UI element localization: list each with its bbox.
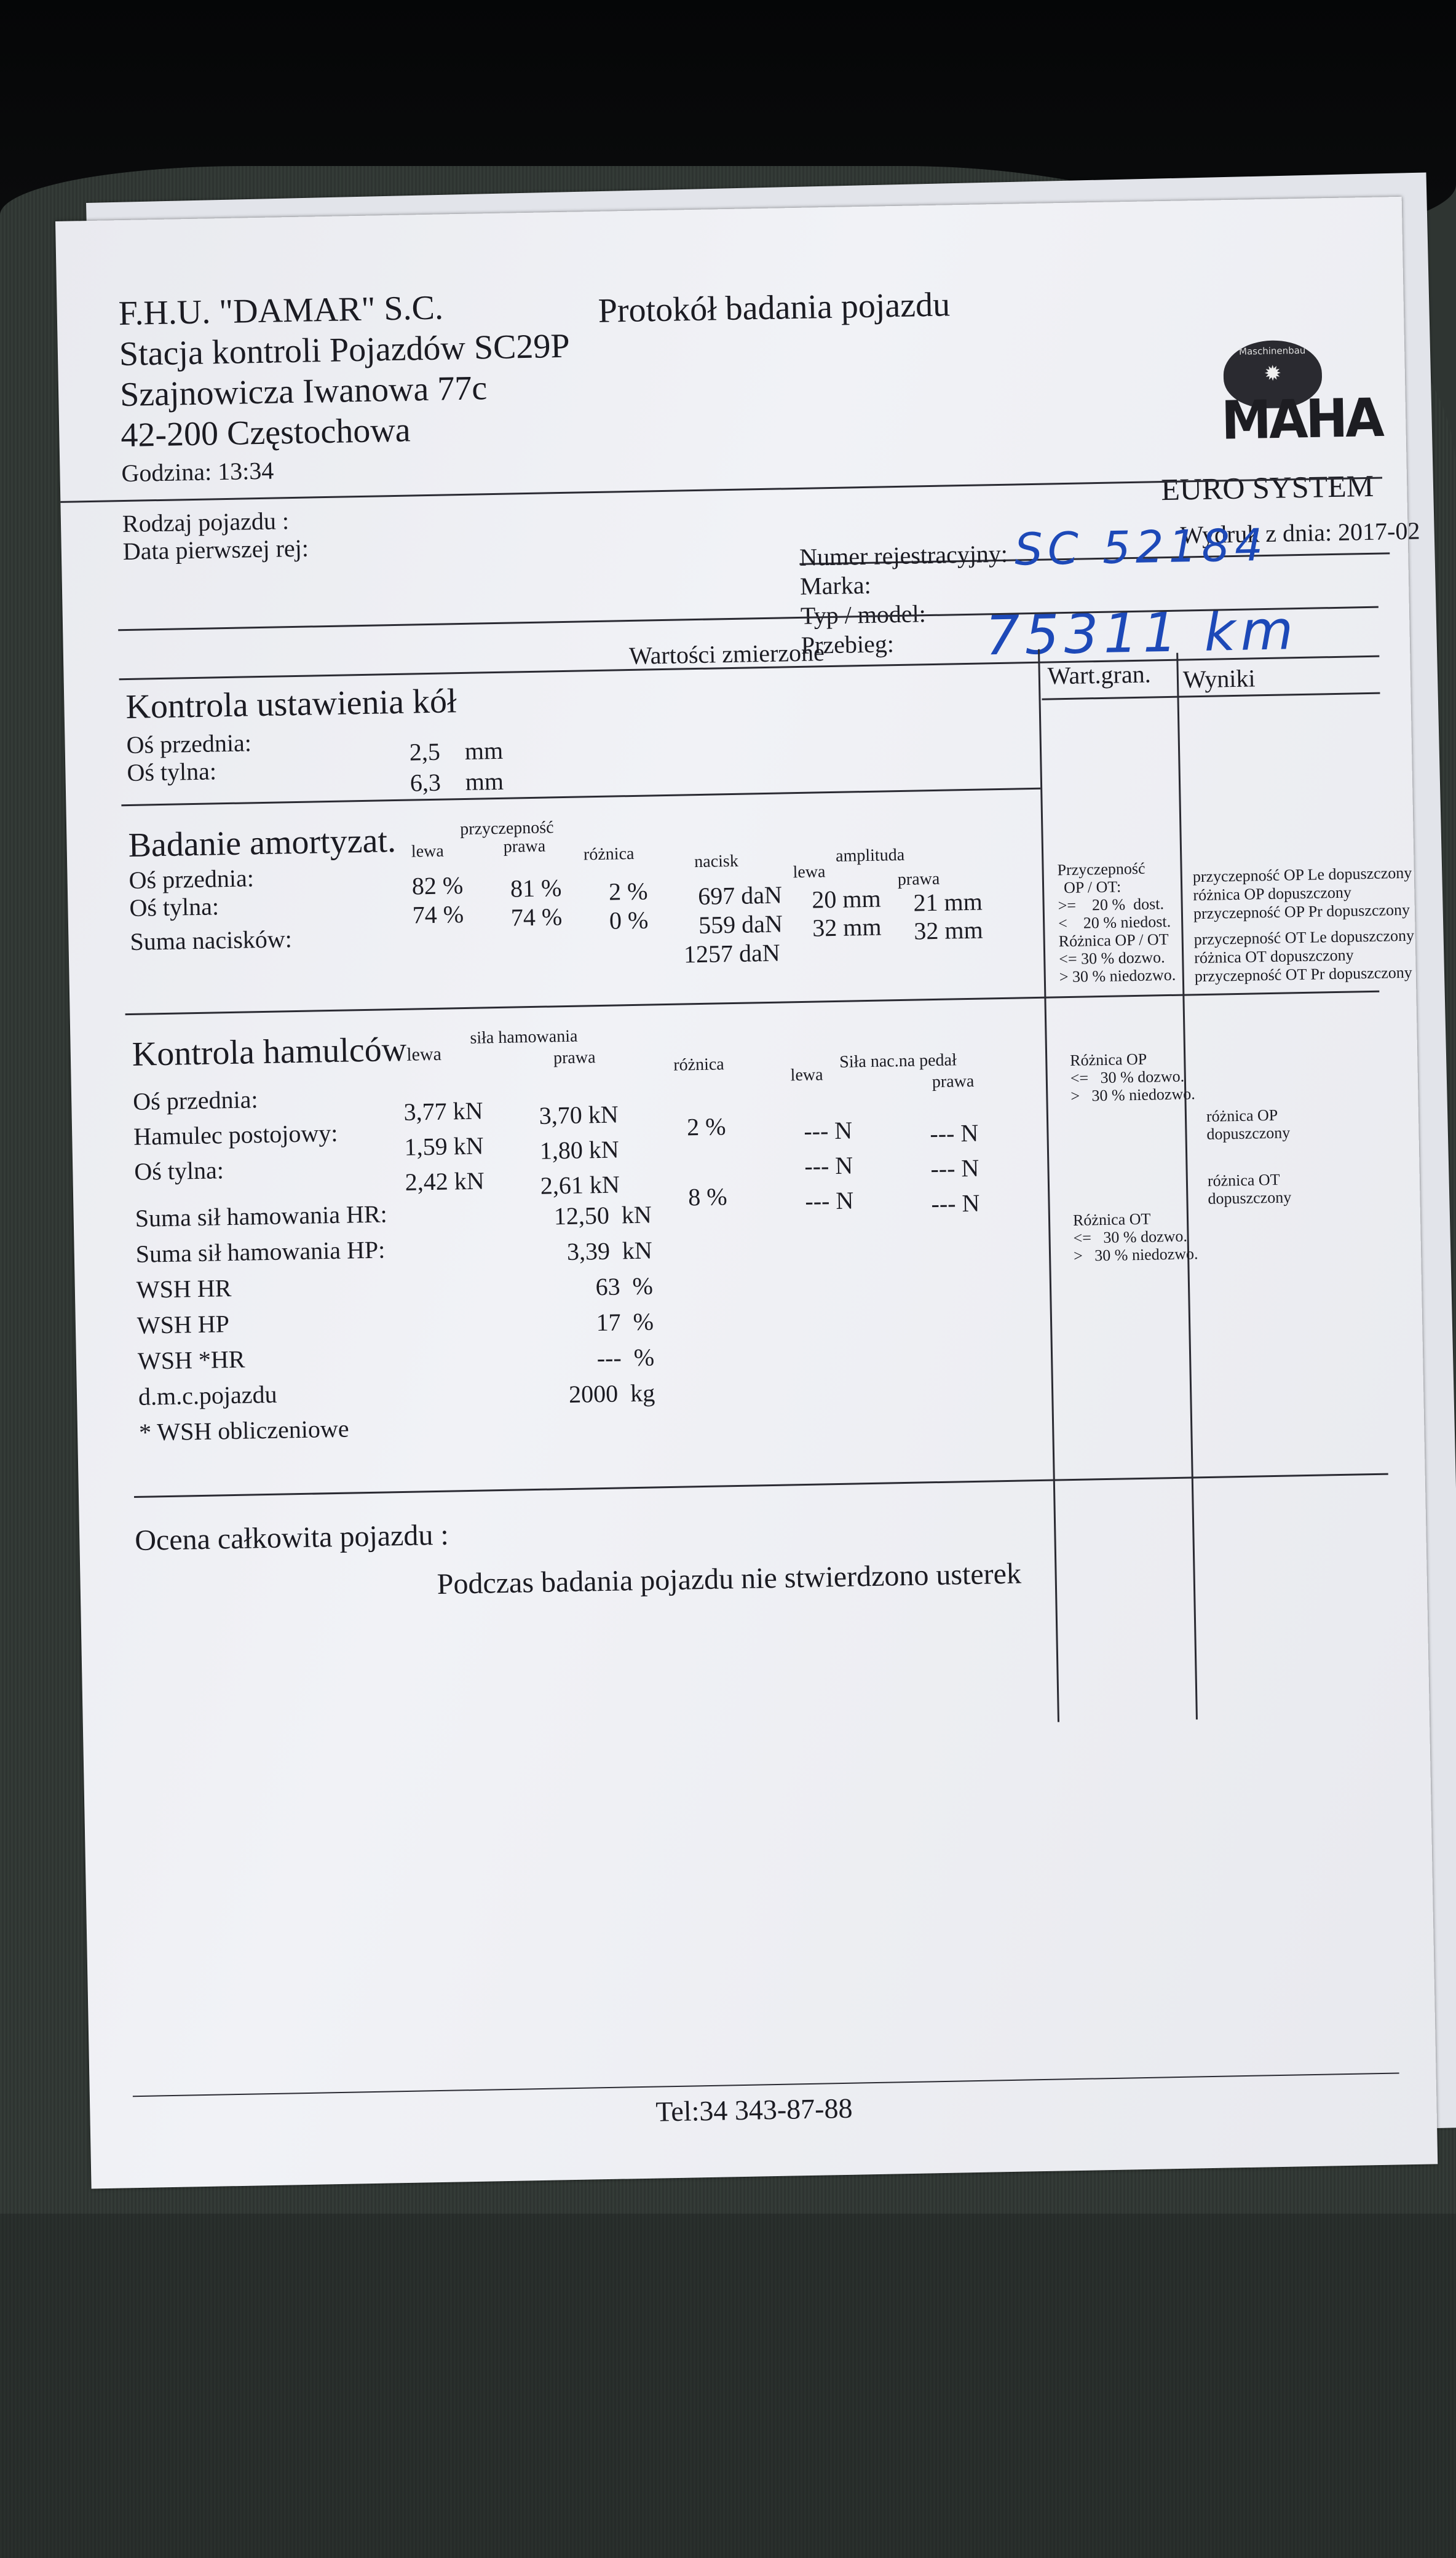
summary-value: 2000 kg [520,1375,655,1413]
summary-label: WSH HP [136,1303,389,1344]
summary-value: 3,39 kN [516,1232,652,1270]
result-line: dopuszczony [1208,1188,1291,1207]
brake-front-pedal-right: --- N [930,1119,979,1148]
gear-icon: ✹ [1224,360,1323,387]
limit-line: > 30 % niedozwo. [1059,966,1176,986]
shock-amplitude-header: amplituda [836,845,905,866]
vehicle-type-label: Rodzaj pojazdu : [122,506,290,538]
summary-label: d.m.c.pojazdu [138,1374,391,1415]
brake-parking-pedal-right: --- N [930,1154,979,1183]
brake-left-header: lewa [406,1044,441,1065]
brake-front-label: Oś przednia: [133,1085,258,1116]
reg-number-handwritten: SC 52184 [1014,519,1268,576]
summary-label: Suma sił hamowania HP: [135,1232,388,1272]
brake-results-ot: różnica OT dopuszczony [1208,1170,1292,1207]
shock-front-left: 82 % [411,871,463,901]
maha-logo: Maschinenbau ✹ MAHA [1214,339,1351,470]
result-line: różnica OT [1208,1170,1291,1189]
shock-rear-amp-left: 32 mm [812,913,882,943]
limit-line: > 30 % niedozwo. [1070,1085,1195,1105]
logo-brand: MAHA [1221,387,1382,452]
limit-line: Przyczepność [1057,859,1174,879]
shock-sum-label: Suma nacisków: [130,924,292,956]
summary-label: WSH *HR [137,1339,390,1379]
brake-results-op: różnica OP dopuszczony [1206,1106,1291,1142]
overall-assessment-result: Podczas badania pojazdu nie stwierdzono … [437,1557,1021,1601]
brake-front-pedal-left: --- N [804,1116,853,1146]
company-name: F.H.U. "DAMAR" S.C. [118,288,443,333]
limit-line: Różnica OP [1070,1049,1195,1069]
shock-amp-left-header: lewa [793,862,825,882]
fabric-background-lower [0,2214,1456,2558]
unit: mm [464,737,503,765]
shock-rear-label: Oś tylna: [129,892,219,922]
shock-front-amp-right: 21 mm [913,887,983,917]
company-street: Szajnowicza Iwanowa 77c [120,368,488,414]
shock-rear-diff: 0 % [609,906,649,935]
shock-right-header: prawa [503,837,545,857]
divider [125,991,1380,1015]
shock-amp-right-header: prawa [898,869,940,890]
limit-line: Różnica OP / OT [1058,930,1175,950]
brake-limits-op: Różnica OP <= 30 % dozwo. > 30 % niedozw… [1070,1049,1195,1105]
divider [134,1473,1388,1498]
results-header: Wyniki [1183,663,1256,694]
make-label: Marka: [800,571,871,601]
shock-rear-load: 559 daN [698,909,783,940]
company-city: 42-200 Częstochowa [121,410,411,455]
brake-rear-right: 2,61 kN [540,1170,620,1200]
brake-front-diff: 2 % [687,1112,726,1141]
result-line: dopuszczony [1206,1123,1290,1142]
brake-pedal-left-header: lewa [790,1065,823,1085]
value: 2,5 [410,738,441,766]
shock-front-right: 81 % [510,873,562,903]
logo-badge-top: Maschinenbau [1223,339,1321,357]
wheel-rear-label: Oś tylna: [127,756,216,787]
page-title: Protokół badania pojazdu [598,285,950,330]
overall-assessment-label: Ocena całkowita pojazdu : [135,1518,449,1558]
shock-rear-right: 74 % [510,902,562,932]
time-row: Godzina: 13:34 [121,456,274,488]
result-line: przyczepność OT Pr dopuszczony [1195,964,1415,986]
shock-limits: Przyczepność OP / OT: >= 20 % dost. < 20… [1057,859,1176,986]
shock-results: przyczepność OP Le dopuszczony różnica O… [1193,864,1415,986]
wheel-front-value: 2,5 mm [409,736,503,767]
limit-line: OP / OT: [1058,877,1174,897]
brake-summary-labels: Suma sił hamowania HR: Suma sił hamowani… [135,1196,391,1450]
summary-label: WSH HR [136,1267,389,1308]
shock-rear-left: 74 % [412,900,464,930]
limit-line: >= 20 % dost. [1058,895,1174,914]
summary-value: --- % [519,1339,655,1377]
limit-line: <= 30 % dozwo. [1073,1227,1198,1247]
limit-line: > 30 % niedozwo. [1074,1245,1198,1265]
summary-value: 63 % [517,1268,653,1306]
brake-title-text: Kontrola hamulców [132,1031,406,1074]
brake-pedal-header: Siła nac.na pedał [839,1050,957,1072]
brake-right-header: prawa [553,1048,596,1068]
shock-diff-header: różnica [584,844,635,865]
company-station: Stacja kontroli Pojazdów SC29P [119,327,570,374]
brake-test-title: Kontrola hamulcówlewa [132,1029,441,1074]
shock-front-amp-left: 20 mm [812,884,881,914]
brake-parking-label: Hamulec postojowy: [133,1119,338,1151]
footnote: * WSH obliczeniowe [139,1410,392,1451]
brake-parking-pedal-left: --- N [804,1150,853,1180]
brake-rear-label: Oś tylna: [134,1155,224,1186]
brake-force-header: siła hamowania [470,1027,578,1048]
wheel-alignment-title: Kontrola ustawienia kół [125,681,457,727]
brake-front-left: 3,77 kN [403,1096,483,1127]
time-value: 13:34 [218,457,274,486]
column-divider [1038,649,1059,1722]
print-date-value: 2017-02 [1338,517,1420,545]
shock-front-load: 697 daN [698,881,782,911]
shock-rear-amp-right: 32 mm [914,916,983,946]
limit-values-header: Wart.gran. [1047,659,1151,690]
time-label: Godzina: [121,457,212,487]
summary-value: 12,50 kN [516,1197,652,1235]
column-divider [1176,653,1198,1720]
brake-rear-left: 2,42 kN [405,1166,485,1196]
brake-rear-pedal-left: --- N [805,1186,854,1215]
brake-rear-diff: 8 % [688,1182,727,1211]
brake-limits-ot: Różnica OT <= 30 % dozwo. > 30 % niedozw… [1073,1209,1198,1265]
brake-parking-left: 1,59 kN [404,1131,484,1161]
result-line: przyczepność OP Pr dopuszczony [1193,901,1414,924]
shock-left-header: lewa [411,842,444,862]
divider [121,788,1040,806]
limit-line: Różnica OT [1073,1209,1198,1229]
brake-summary-values: 12,50 kN 3,39 kN 63 % 17 % --- % 2000 kg [516,1197,655,1414]
summary-label: Suma sił hamowania HR: [135,1196,387,1237]
wheel-rear-value: 6,3 mm [410,767,504,798]
logo-system: EURO SYSTEM [1161,468,1374,507]
shock-front-label: Oś przednia: [129,863,254,895]
brake-pedal-right-header: prawa [932,1072,975,1092]
shock-load-header: nacisk [694,852,738,872]
inspection-report-sheet: F.H.U. "DAMAR" S.C. Stacja kontroli Poja… [55,197,1438,2189]
shock-sum-value: 1257 daN [684,938,780,969]
brake-rear-pedal-right: --- N [931,1189,980,1218]
summary-value: 17 % [518,1304,654,1342]
value: 6,3 [410,769,441,797]
reg-number-label: Numer rejestracyjny: [799,539,1008,572]
shock-front-diff: 2 % [609,877,648,906]
shock-test-title: Badanie amortyzat. [128,821,396,865]
wheel-front-label: Oś przednia: [126,728,251,759]
limit-line: <= 30 % dozwo. [1070,1067,1195,1087]
brake-diff-header: różnica [673,1055,724,1075]
unit: mm [465,767,504,796]
footer-phone: Tel:34 343-87-88 [655,2092,853,2128]
limit-line: < 20 % niedost. [1058,913,1175,932]
brake-front-right: 3,70 kN [539,1099,619,1130]
brake-parking-right: 1,80 kN [539,1134,619,1165]
result-line: różnica OP [1206,1106,1290,1125]
limit-line: <= 30 % dozwo. [1059,948,1176,968]
first-registration-label: Data pierwszej rej: [122,534,309,566]
